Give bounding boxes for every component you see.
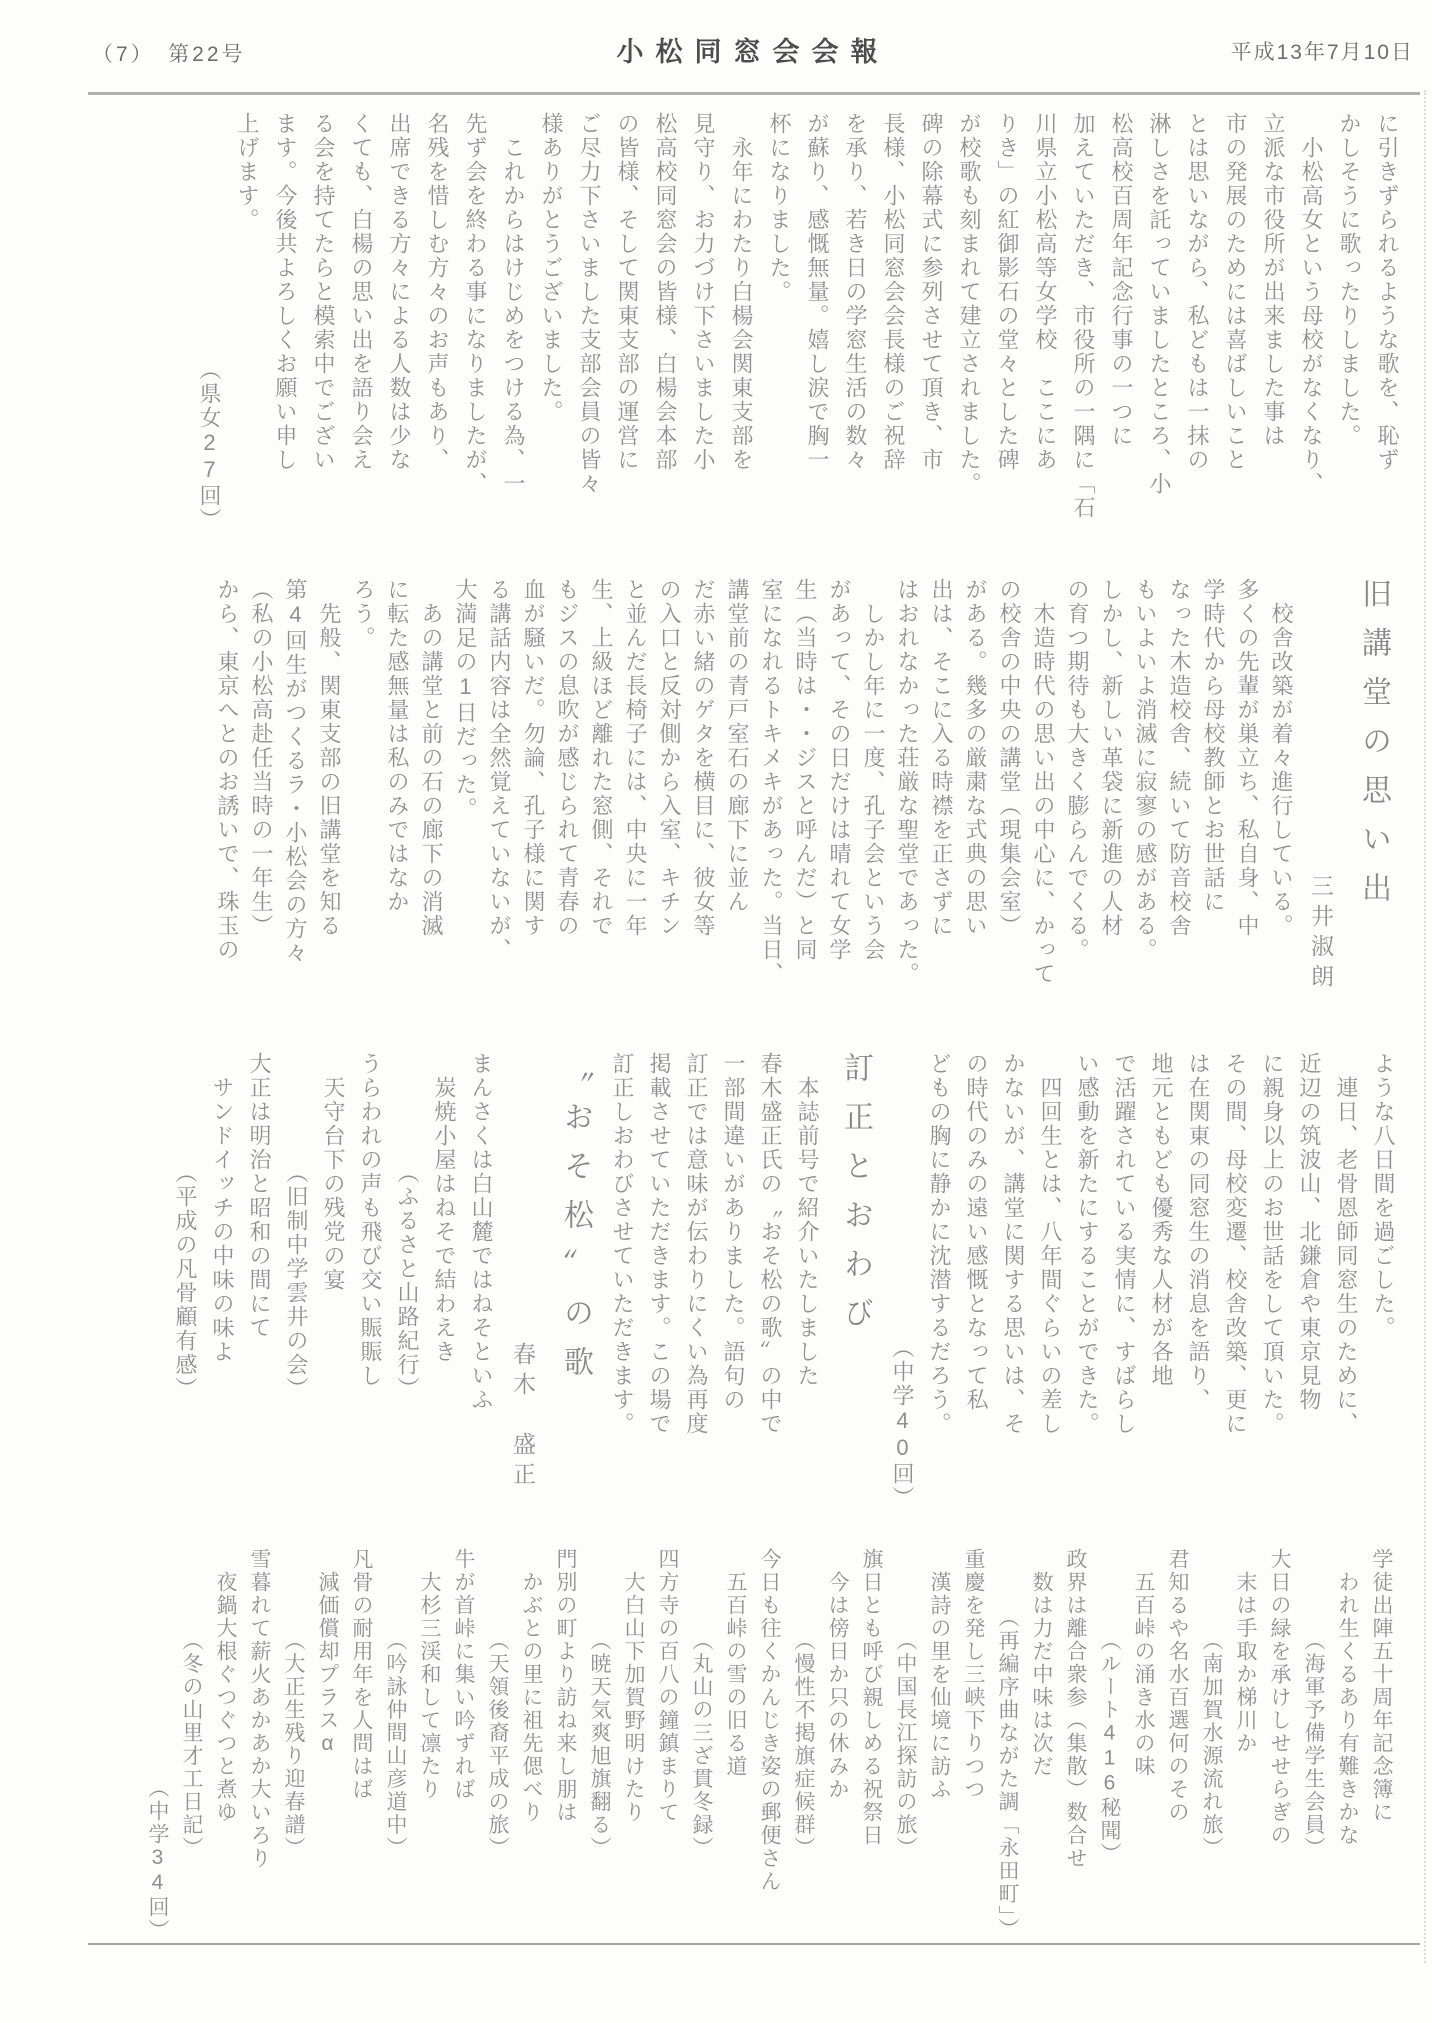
scan-edge-artifact bbox=[1424, 90, 1426, 1963]
text-column: 今日も往くかんじき姿の郵便さん bbox=[752, 1548, 786, 1942]
text-column: くても、白楊の思い出を語り会え bbox=[342, 112, 380, 532]
text-column: 訂正では意味が伝わりにくい為再度 bbox=[678, 1052, 715, 1510]
article-author: 春木 盛正 bbox=[500, 1052, 546, 1510]
footer-rule bbox=[88, 1943, 1420, 1945]
text-column: 連日、老骨恩師同窓生のために、 bbox=[1328, 1052, 1365, 1510]
text-column: しかし年に一度、孔子会という会 bbox=[856, 578, 890, 1012]
signature-column: （中学40回） bbox=[884, 1052, 921, 1510]
text-column: 校舎改築が着々進行している。 bbox=[1264, 578, 1298, 1012]
text-column: 五百峠の雪の旧る道 bbox=[718, 1548, 752, 1942]
text-column: 永年にわたり白楊会関東支部を bbox=[722, 112, 760, 532]
text-column: 生（当時は・・ジスと呼んだ）と同 bbox=[788, 578, 822, 1012]
text-column: 杯になりました。 bbox=[760, 112, 798, 532]
text-column: （冬の山里才工日記） bbox=[174, 1548, 208, 1942]
article-band-old-auditorium: 旧講堂の思い出三井淑朗 校舎改築が着々進行している。多くの先輩が巣立ち、私自身、… bbox=[210, 578, 1402, 1012]
text-column: 掲載させていただきます。この場で bbox=[641, 1052, 678, 1510]
text-column: と並んだ長椅子には、中央に一年 bbox=[618, 578, 652, 1012]
text-column: に親身以上のお世話をして頂いた。 bbox=[1254, 1052, 1291, 1510]
page-header: （7） 第22号 小松同窓会会報 平成13年7月10日 bbox=[92, 30, 1414, 74]
text-column: に転た感無量は私のみではなか bbox=[380, 578, 414, 1012]
signature-column: （中学34回） bbox=[140, 1548, 174, 1942]
text-column: が校歌も刻まれて建立されました。 bbox=[950, 112, 988, 532]
text-column: 夜鍋大根ぐつぐつと煮ゆ bbox=[208, 1548, 242, 1942]
text-column: は在関東の同窓生の消息を語り、 bbox=[1180, 1052, 1217, 1510]
text-column: 見守り、お力づけ下さいました小 bbox=[684, 112, 722, 532]
article-author: 三井淑朗 bbox=[1298, 578, 1344, 1012]
text-column: 炭焼小屋はねそで結わえき bbox=[426, 1052, 463, 1510]
text-column: （ふるさと山路紀行） bbox=[389, 1052, 426, 1510]
text-column: 第4回生がつくるラ・小松会の方々 bbox=[278, 578, 312, 1012]
text-column: 大日の緑を承けしせせらぎの bbox=[1262, 1548, 1296, 1942]
text-column: 生、上級ほど離れた窓側、それで bbox=[584, 578, 618, 1012]
text-column: 雪暮れて薪火あかあか大いろり bbox=[242, 1548, 276, 1942]
text-column: から、東京へとのお誘いで、珠玉の bbox=[210, 578, 244, 1012]
text-column: （暁天気爽旭旗翻る） bbox=[582, 1548, 616, 1942]
text-column: うらわれの声も飛び交い賑賑し bbox=[352, 1052, 389, 1510]
text-column: 訂正しおわびさせていただきます。 bbox=[604, 1052, 641, 1510]
text-column: 大白山下加賀野明けたり bbox=[616, 1548, 650, 1942]
article-title: 訂正とおわび bbox=[826, 1052, 884, 1510]
text-column: （天領後裔平成の旅） bbox=[480, 1548, 514, 1942]
text-column: 政界は離合衆参（集散）数合せ bbox=[1058, 1548, 1092, 1942]
text-column: 末は手取か梯川か bbox=[1228, 1548, 1262, 1942]
text-column: とは思いながら、私どもは一抹の bbox=[1178, 112, 1216, 532]
text-column: 一部間違いがありました。語句の bbox=[715, 1052, 752, 1510]
text-column: 凡骨の耐用年を人問はば bbox=[344, 1548, 378, 1942]
text-column: る講話内容は全然覚えていないが、 bbox=[482, 578, 516, 1012]
text-column: の校舎の中央の講堂（現集会室） bbox=[992, 578, 1026, 1012]
text-column: これからはけじめをつける為、一 bbox=[494, 112, 532, 532]
text-column: はおれなかった荘厳な聖堂であった。 bbox=[890, 578, 924, 1012]
text-column: （吟詠仲間山彦道中） bbox=[378, 1548, 412, 1942]
article-title: 旧講堂の思い出 bbox=[1344, 578, 1402, 1012]
text-column: に引きずられるような歌を、恥ず bbox=[1368, 112, 1406, 532]
text-column: 市の発展のためには喜ばしいこと bbox=[1216, 112, 1254, 532]
text-column: ます。今後共よろしくお願い申し bbox=[266, 112, 304, 532]
text-column: 川県立小松高等女学校 ここにあ bbox=[1026, 112, 1064, 532]
header-rule bbox=[88, 92, 1420, 95]
text-column: りき」の紅御影石の堂々とした碑 bbox=[988, 112, 1026, 532]
text-column: （丸山の三ざ貫冬録） bbox=[684, 1548, 718, 1942]
text-column: 四方寺の百八の鐘鎮まりて bbox=[650, 1548, 684, 1942]
text-column: （慢性不掲旗症候群） bbox=[786, 1548, 820, 1942]
text-column: 松高校百周年記念行事の一つに bbox=[1102, 112, 1140, 532]
issue-date: 平成13年7月10日 bbox=[1231, 36, 1414, 66]
text-column: 今は傍日か只の休みか bbox=[820, 1548, 854, 1942]
text-column: 春木盛正氏の〝おそ松の歌〟の中で bbox=[752, 1052, 789, 1510]
text-column: の育つ期待も大きく膨らんでくる。 bbox=[1060, 578, 1094, 1012]
text-column: がある。幾多の厳粛な式典の思い bbox=[958, 578, 992, 1012]
article-band-farewell: に引きずられるような歌を、恥ずかしそうに歌ったりしました。 小松高女という母校が… bbox=[190, 112, 1406, 532]
text-column: 出席できる方々による人数は少な bbox=[380, 112, 418, 532]
text-column: どもの胸に静かに沈潜するだろう。 bbox=[921, 1052, 958, 1510]
text-column: 君知るや名水百選何のその bbox=[1160, 1548, 1194, 1942]
text-column: （私の小松高赴任当時の一年生） bbox=[244, 578, 278, 1012]
text-column: （大正生残り迎春譜） bbox=[276, 1548, 310, 1942]
text-column: 大正は明治と昭和の間にて bbox=[241, 1052, 278, 1510]
text-column: まんさくは白山麓ではねそといふ bbox=[463, 1052, 500, 1510]
text-column: の入口と反対側から入室、キチン bbox=[652, 578, 686, 1012]
article-title: 〝おそ松〟の歌 bbox=[546, 1052, 604, 1510]
text-column: の時代のみの遠い感慨となって私 bbox=[958, 1052, 995, 1510]
text-column: もいよいよ消滅に寂寥の感がある。 bbox=[1128, 578, 1162, 1012]
text-column: 数は力だ中味は次だ bbox=[1024, 1548, 1058, 1942]
text-column: 上げます。 bbox=[228, 112, 266, 532]
text-column: （海軍予備学生会員） bbox=[1296, 1548, 1330, 1942]
text-column: 学徒出陣五十周年記念簿に bbox=[1364, 1548, 1398, 1942]
text-column: 大満足の1日だった。 bbox=[448, 578, 482, 1012]
text-column: 様ありがとうございました。 bbox=[532, 112, 570, 532]
text-column: われ生くるあり有難きかな bbox=[1330, 1548, 1364, 1942]
text-column: かぶとの里に祖先偲べり bbox=[514, 1548, 548, 1942]
text-column: 淋しさを託っていましたところ、小 bbox=[1140, 112, 1178, 532]
signature-column: （県女27回） bbox=[190, 112, 228, 532]
text-column: （平成の凡骨顧有感） bbox=[167, 1052, 204, 1510]
text-column: だ赤い緒のゲタを横目に、彼女等 bbox=[686, 578, 720, 1012]
text-column: 大杉三渓和して凛たり bbox=[412, 1548, 446, 1942]
text-column: 減価償却プラスα bbox=[310, 1548, 344, 1942]
text-column: 本誌前号で紹介いたしました bbox=[789, 1052, 826, 1510]
text-column: 長様、小松同窓会会長様のご祝辞 bbox=[874, 112, 912, 532]
text-column: 近辺の筑波山、北鎌倉や東京見物 bbox=[1291, 1052, 1328, 1510]
text-column: 門別の町より訪ね来し朋は bbox=[548, 1548, 582, 1942]
text-column: （ルート416秘聞） bbox=[1092, 1548, 1126, 1942]
text-column: 小松高女という母校がなくなり、 bbox=[1292, 112, 1330, 532]
text-column: 四回生とは、八年間ぐらいの差し bbox=[1032, 1052, 1069, 1510]
text-column: 漢詩の里を仙境に訪ふ bbox=[922, 1548, 956, 1942]
text-column: 牛が首峠に集い吟ずれば bbox=[446, 1548, 480, 1942]
text-column: （南加賀水源流れ旅） bbox=[1194, 1548, 1228, 1942]
text-column: 碑の除幕式に参列させて頂き、市 bbox=[912, 112, 950, 532]
text-column: の皆様、そして関東支部の運営に bbox=[608, 112, 646, 532]
text-column: 血が騒いだ。勿論、孔子様に関す bbox=[516, 578, 550, 1012]
text-column: る会を持てたらと模索中でござい bbox=[304, 112, 342, 532]
text-column: 天守台下の残党の宴 bbox=[315, 1052, 352, 1510]
text-column: あの講堂と前の石の廊下の消滅 bbox=[414, 578, 448, 1012]
newsletter-page: （7） 第22号 小松同窓会会報 平成13年7月10日 に引きずられるような歌を… bbox=[0, 0, 1432, 2023]
text-column: ような八日間を過ごした。 bbox=[1365, 1052, 1402, 1510]
text-column: かないが、講堂に関する思いは、そ bbox=[995, 1052, 1032, 1510]
text-column: 重慶を発し三峡下りつつ bbox=[956, 1548, 990, 1942]
text-column: 学時代から母校教師とお世話に bbox=[1196, 578, 1230, 1012]
text-column: もジスの息吹が感じられて青春の bbox=[550, 578, 584, 1012]
text-column: かしそうに歌ったりしました。 bbox=[1330, 112, 1368, 532]
text-column: を承り、若き日の学窓生活の数々 bbox=[836, 112, 874, 532]
text-column: 加えていただき、市役所の一隅に「石 bbox=[1064, 112, 1102, 532]
text-column: ご尽力下さいました支部会員の皆々 bbox=[570, 112, 608, 532]
text-column: が蘇り、感慨無量。嬉し涙で胸一 bbox=[798, 112, 836, 532]
text-column: があって、その日だけは晴れて女学 bbox=[822, 578, 856, 1012]
text-column: 地元ともども優秀な人材が各地 bbox=[1143, 1052, 1180, 1510]
text-column: で活躍されている実情に、すばらし bbox=[1106, 1052, 1143, 1510]
article-band-correction-osomatsu: ような八日間を過ごした。 連日、老骨恩師同窓生のために、近辺の筑波山、北鎌倉や東… bbox=[167, 1052, 1402, 1510]
text-column: なった木造校舎、続いて防音校舎 bbox=[1162, 578, 1196, 1012]
text-column: （再編序曲ながた調「永田町」） bbox=[990, 1548, 1024, 1942]
page-number-issue: （7） 第22号 bbox=[92, 38, 246, 68]
text-column: 多くの先輩が巣立ち、私自身、中 bbox=[1230, 578, 1264, 1012]
text-column: サンドイッチの中味の味よ bbox=[204, 1052, 241, 1510]
text-column: 先ず会を終わる事になりましたが、 bbox=[456, 112, 494, 532]
text-column: 松高校同窓会の皆様、白楊会本部 bbox=[646, 112, 684, 532]
text-column: 旗日とも呼び親しめる祝祭日 bbox=[854, 1548, 888, 1942]
text-column: 出は、そこに入る時襟を正さずに bbox=[924, 578, 958, 1012]
text-column: 木造時代の思い出の中心に、かって bbox=[1026, 578, 1060, 1012]
text-column: 講堂前の青戸室石の廊下に並ん bbox=[720, 578, 754, 1012]
text-column: （旧制中学雲井の会） bbox=[278, 1052, 315, 1510]
text-column: その間、母校変遷、校舎改築、更に bbox=[1217, 1052, 1254, 1510]
text-column: ろう。 bbox=[346, 578, 380, 1012]
text-column: 室になれるトキメキがあった。当日、 bbox=[754, 578, 788, 1012]
article-band-poems: 学徒出陣五十周年記念簿に われ生くるあり有難きかな （海軍予備学生会員）大日の緑… bbox=[140, 1548, 1398, 1942]
text-column: （中国長江探訪の旅） bbox=[888, 1548, 922, 1942]
text-column: 名残を惜しむ方々のお声もあり、 bbox=[418, 112, 456, 532]
text-column: い感動を新たにすることができた。 bbox=[1069, 1052, 1106, 1510]
newsletter-title: 小松同窓会会報 bbox=[617, 30, 890, 69]
text-column: 先般、関東支部の旧講堂を知る bbox=[312, 578, 346, 1012]
text-column: 五百峠の涌き水の味 bbox=[1126, 1548, 1160, 1942]
text-column: 立派な市役所が出来ました事は bbox=[1254, 112, 1292, 532]
text-column: しかし、新しい革袋に新進の人材 bbox=[1094, 578, 1128, 1012]
